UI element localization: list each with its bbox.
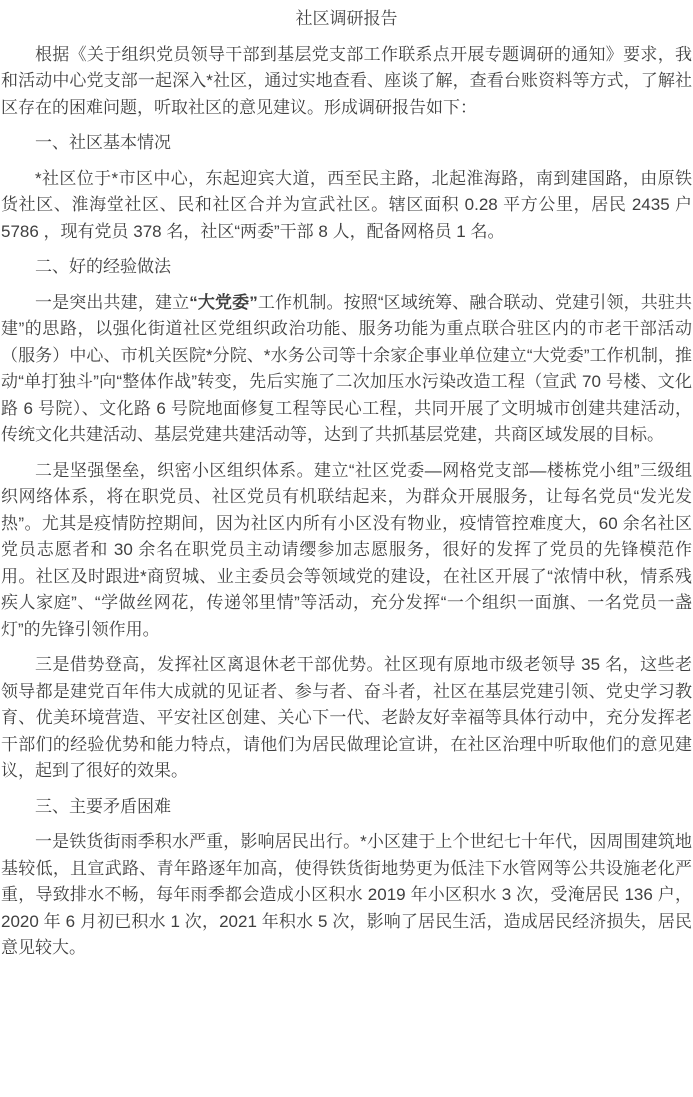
intro-paragraph: 根据《关于组织党员领导干部到基层党支部工作联系点开展专题调研的通知》要求，我和活… bbox=[1, 42, 692, 122]
report-document: 社区调研报告 根据《关于组织党员领导干部到基层党支部工作联系点开展专题调研的通知… bbox=[0, 0, 693, 981]
good-practice-1-bold-phrase: “大党委” bbox=[189, 293, 258, 312]
difficulty-paragraph-1: 一是铁货街雨季积水严重，影响居民出行。*小区建于上个世纪七十年代，因周围建筑地基… bbox=[1, 829, 692, 962]
section-heading-basic-situation: 一、社区基本情况 bbox=[1, 130, 692, 157]
section-heading-good-practices: 二、好的经验做法 bbox=[1, 254, 692, 281]
good-practice-1-lead: 一是突出共建，建立 bbox=[35, 293, 189, 312]
good-practice-paragraph-2: 二是坚强堡垒，织密小区组织体系。建立“社区党委—网格党支部—楼栋党小组”三级组织… bbox=[1, 458, 692, 644]
good-practice-paragraph-3: 三是借势登高，发挥社区离退休老干部优势。社区现有原地市级老领导 35 名，这些老… bbox=[1, 652, 692, 785]
section-heading-main-difficulties: 三、主要矛盾困难 bbox=[1, 794, 692, 821]
basic-situation-paragraph: *社区位于*市区中心，东起迎宾大道，西至民主路，北起淮海路，南到建国路，由原铁货… bbox=[1, 166, 692, 246]
good-practice-1-body: 工作机制。按照“区域统筹、融合联动、党建引领，共驻共建”的思路，以强化街道社区党… bbox=[1, 293, 692, 445]
document-title: 社区调研报告 bbox=[1, 6, 692, 33]
good-practice-paragraph-1: 一是突出共建，建立“大党委”工作机制。按照“区域统筹、融合联动、党建引领，共驻共… bbox=[1, 290, 692, 449]
